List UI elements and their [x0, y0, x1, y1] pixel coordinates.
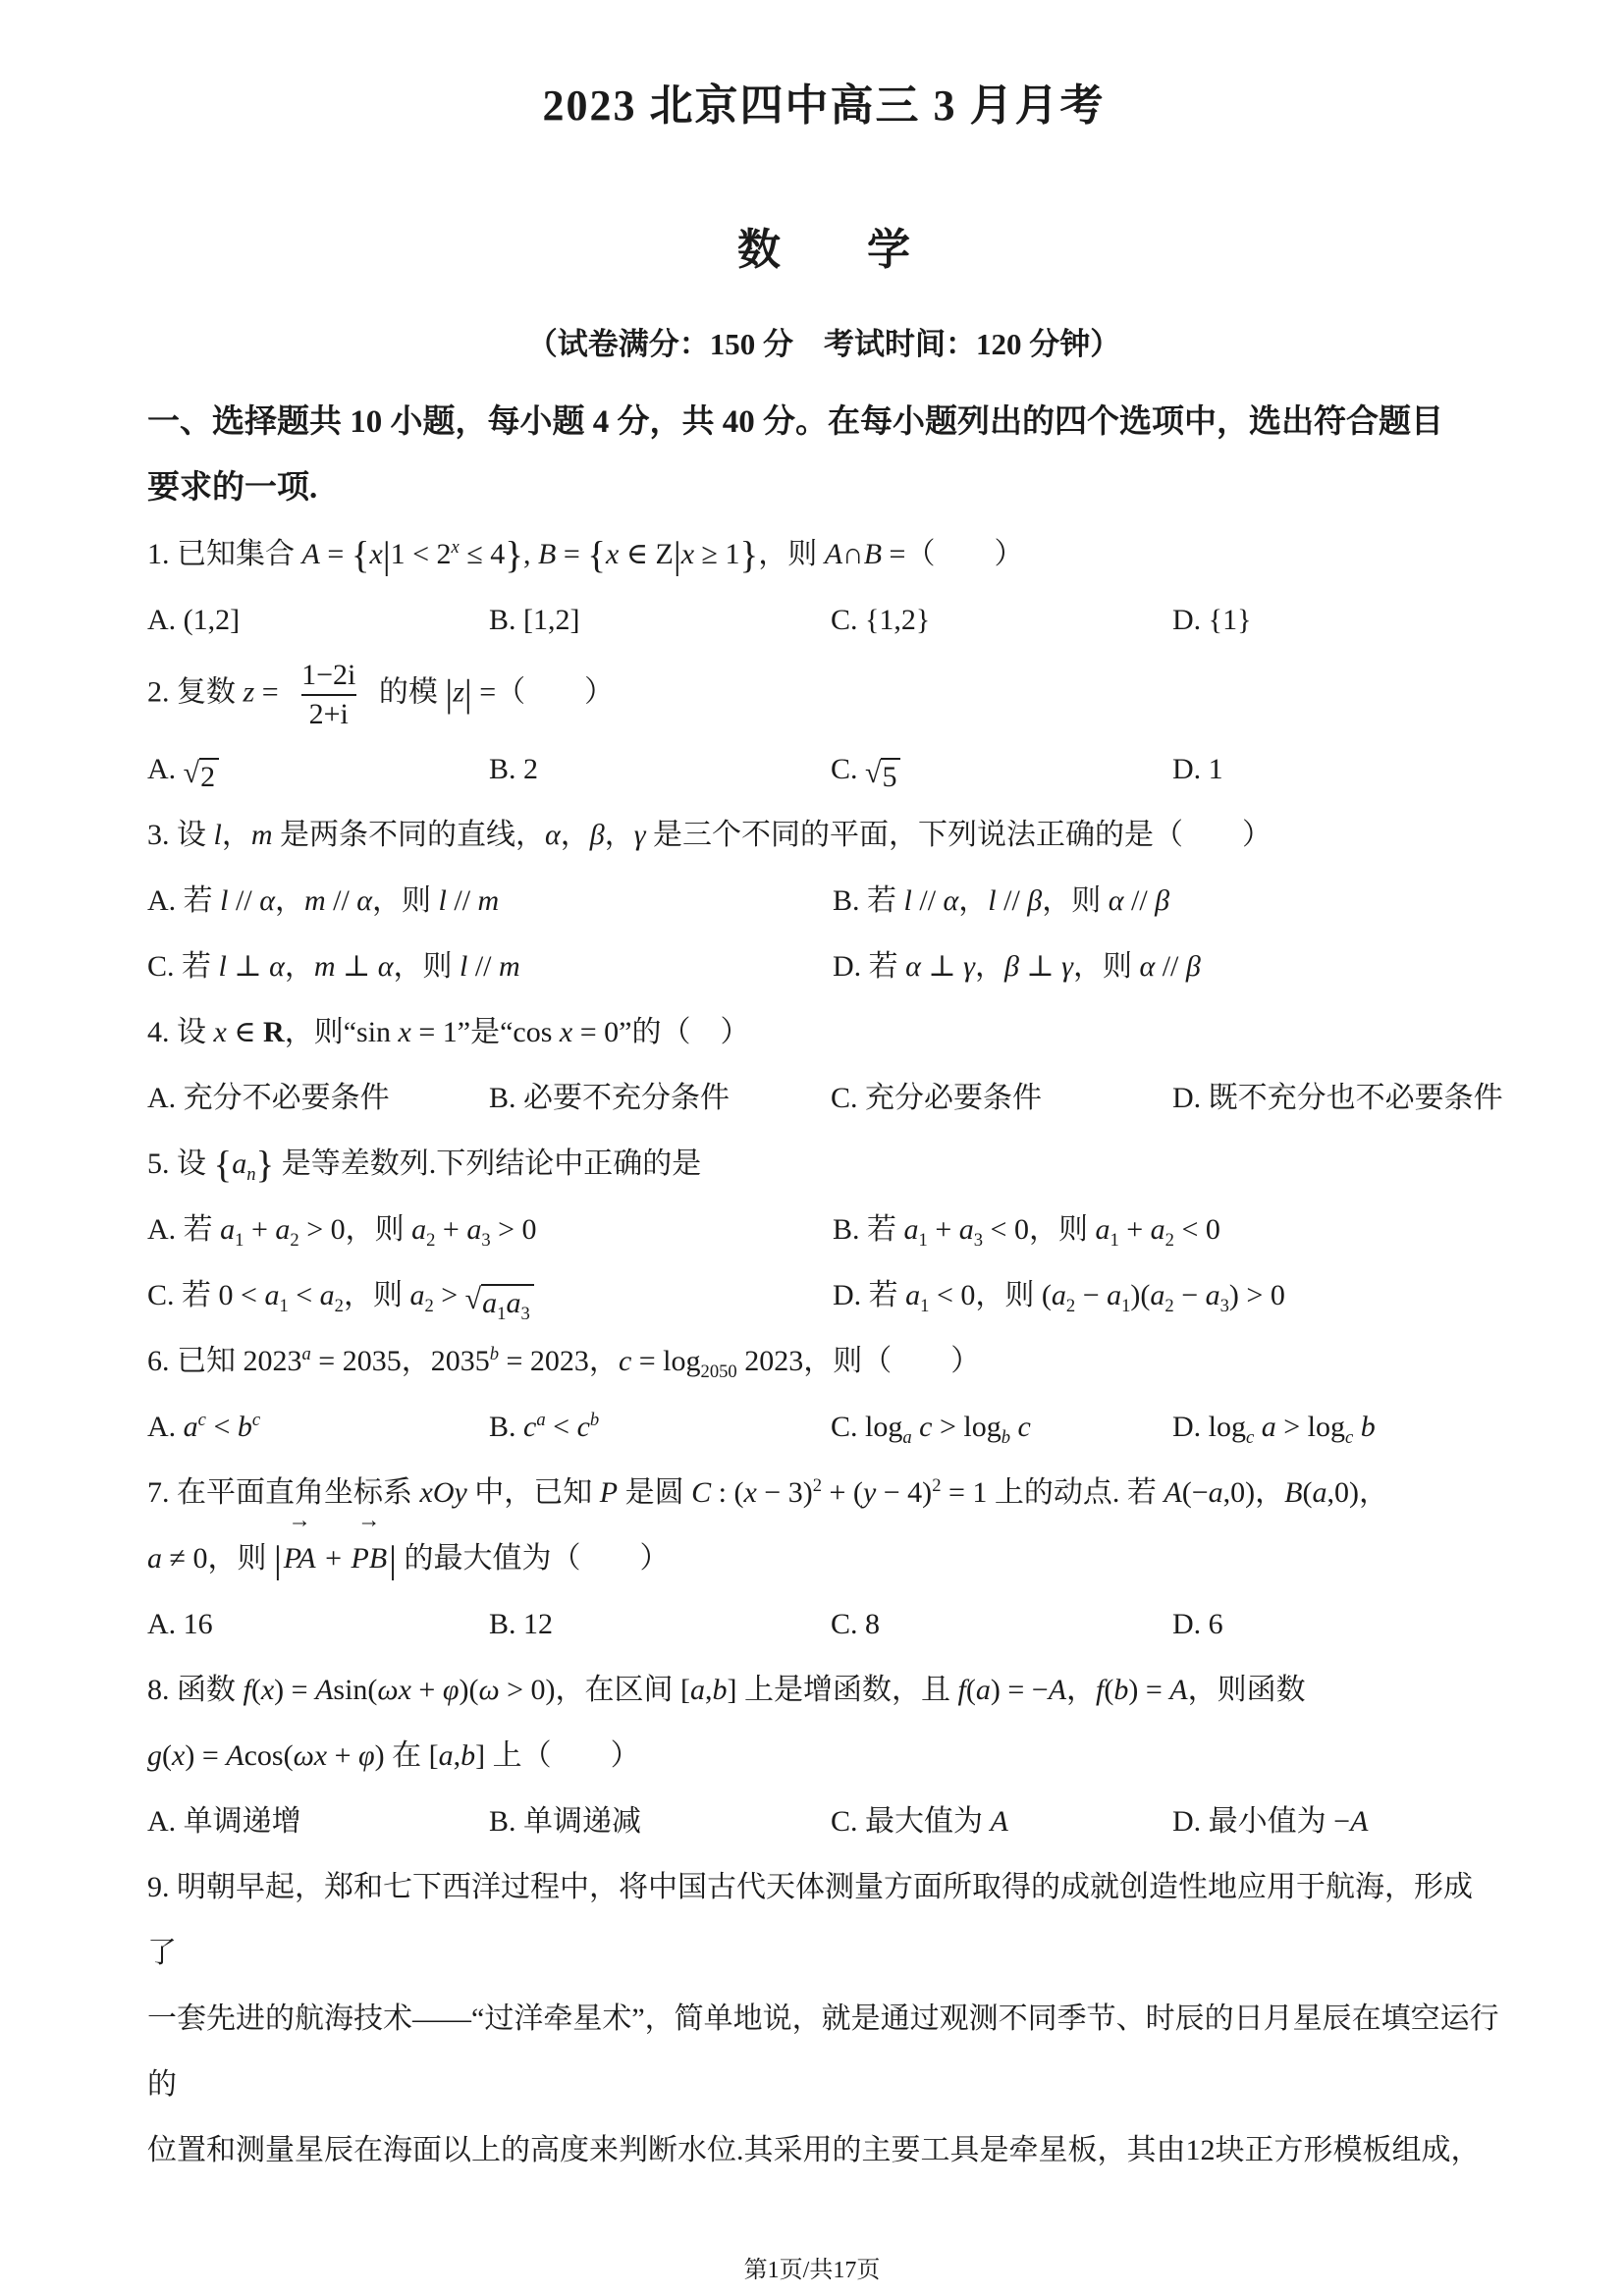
question-6: 6. 已知 2023a = 2035，2035b = 2023，c = log2…: [147, 1328, 1500, 1460]
options-row: C. 若 0 < a1 < a2，则 a2 > √a1a3D. 若 a1 < 0…: [147, 1262, 1500, 1328]
question-stem-line: a ≠ 0，则 |PA + PB| 的最大值为（ ）: [147, 1525, 1500, 1591]
page-number: 第1页/共17页: [0, 2250, 1624, 2284]
option: A. 充分不必要条件: [147, 1065, 489, 1131]
option: C. 若 l ⊥ α，m ⊥ α，则 l // m: [147, 934, 833, 999]
question-stem-line: 9. 明朝早起，郑和七下西洋过程中，将中国古代天体测量方面所取得的成就创造性地应…: [147, 1854, 1500, 1986]
question-stem-line: 6. 已知 2023a = 2035，2035b = 2023，c = log2…: [147, 1328, 1500, 1394]
option: A. √2: [147, 736, 489, 802]
option: B. [1,2]: [489, 587, 831, 653]
options-row: C. 若 l ⊥ α，m ⊥ α，则 l // mD. 若 α ⊥ γ，β ⊥ …: [147, 934, 1500, 999]
option: D. 既不充分也不必要条件: [1172, 1065, 1503, 1131]
question-stem-line: 7. 在平面直角坐标系 xOy 中，已知 P 是圆 C : (x − 3)2 +…: [147, 1460, 1500, 1525]
question-stem-line: 位置和测量星辰在海面以上的高度来判断水位.其采用的主要工具是牵星板，其由12块正…: [147, 2117, 1500, 2183]
option: A. ac < bc: [147, 1394, 489, 1460]
option: D. 6: [1172, 1591, 1223, 1657]
question-9: 9. 明朝早起，郑和七下西洋过程中，将中国古代天体测量方面所取得的成就创造性地应…: [147, 1854, 1500, 2183]
option: D. logc a > logc b: [1172, 1394, 1376, 1460]
option: B. 单调递减: [489, 1789, 831, 1854]
options-row: A. √2B. 2C. √5D. 1: [147, 736, 1500, 802]
options-row: A. 16B. 12C. 8D. 6: [147, 1591, 1500, 1657]
question-5: 5. 设 {an} 是等差数列.下列结论中正确的是A. 若 a1 + a2 > …: [147, 1131, 1500, 1328]
question-stem-line: g(x) = Acos(ωx + φ) 在 [a,b] 上（ ）: [147, 1723, 1500, 1789]
exam-subject: 数 学: [147, 225, 1500, 276]
option: C. 充分必要条件: [831, 1065, 1172, 1131]
options-row: A. ac < bcB. ca < cbC. loga c > logb cD.…: [147, 1394, 1500, 1460]
questions: 1. 已知集合 A = {x|1 < 2x ≤ 4}, B = {x ∈ Z|x…: [147, 521, 1500, 2183]
option: C. loga c > logb c: [831, 1394, 1172, 1460]
option: A. (1,2]: [147, 587, 489, 653]
exam-page: 2023 北京四中高三 3 月月考 数 学 （试卷满分：150 分 考试时间：1…: [0, 0, 1624, 2296]
option: B. 若 l // α，l // β，则 α // β: [833, 868, 1169, 934]
options-row: A. 若 l // α，m // α，则 l // mB. 若 l // α，l…: [147, 868, 1500, 934]
option: D. 最小值为 −A: [1172, 1789, 1368, 1854]
question-stem-line: 一套先进的航海技术——“过洋牵星术”，简单地说，就是通过观测不同季节、时辰的日月…: [147, 1986, 1500, 2117]
option: C. 若 0 < a1 < a2，则 a2 > √a1a3: [147, 1262, 833, 1328]
question-2: 2. 复数 z = 1−2i2+i 的模 |z| =（ ）A. √2B. 2C.…: [147, 653, 1500, 802]
option: C. 8: [831, 1591, 1172, 1657]
option: C. √5: [831, 736, 1172, 802]
question-stem-line: 4. 设 x ∈ R，则“sin x = 1”是“cos x = 0”的（ ）: [147, 999, 1500, 1065]
options-row: A. 充分不必要条件B. 必要不充分条件C. 充分必要条件D. 既不充分也不必要…: [147, 1065, 1500, 1131]
section-header-line: 一、选择题共 10 小题，每小题 4 分，共 40 分。在每小题列出的四个选项中…: [147, 390, 1500, 455]
option: C. {1,2}: [831, 587, 1172, 653]
question-7: 7. 在平面直角坐标系 xOy 中，已知 P 是圆 C : (x − 3)2 +…: [147, 1460, 1500, 1657]
question-stem-line: 3. 设 l，m 是两条不同的直线，α，β，γ 是三个不同的平面，下列说法正确的…: [147, 802, 1500, 868]
question-3: 3. 设 l，m 是两条不同的直线，α，β，γ 是三个不同的平面，下列说法正确的…: [147, 802, 1500, 999]
option: A. 单调递增: [147, 1789, 489, 1854]
section-header: 一、选择题共 10 小题，每小题 4 分，共 40 分。在每小题列出的四个选项中…: [147, 390, 1500, 521]
option: A. 16: [147, 1591, 489, 1657]
question-stem-line: 5. 设 {an} 是等差数列.下列结论中正确的是: [147, 1131, 1500, 1197]
question-stem-line: 8. 函数 f(x) = Asin(ωx + φ)(ω > 0)，在区间 [a,…: [147, 1657, 1500, 1723]
option: A. 若 a1 + a2 > 0，则 a2 + a3 > 0: [147, 1197, 833, 1262]
question-1: 1. 已知集合 A = {x|1 < 2x ≤ 4}, B = {x ∈ Z|x…: [147, 521, 1500, 653]
option: A. 若 l // α，m // α，则 l // m: [147, 868, 833, 934]
section-header-line: 要求的一项.: [147, 455, 1500, 521]
options-row: A. (1,2]B. [1,2]C. {1,2}D. {1}: [147, 587, 1500, 653]
options-row: A. 单调递增B. 单调递减C. 最大值为 AD. 最小值为 −A: [147, 1789, 1500, 1854]
option: D. 若 α ⊥ γ，β ⊥ γ，则 α // β: [833, 934, 1201, 999]
option: B. 2: [489, 736, 831, 802]
option: B. 若 a1 + a3 < 0，则 a1 + a2 < 0: [833, 1197, 1220, 1262]
option: B. 必要不充分条件: [489, 1065, 831, 1131]
question-8: 8. 函数 f(x) = Asin(ωx + φ)(ω > 0)，在区间 [a,…: [147, 1657, 1500, 1854]
option: D. 若 a1 < 0，则 (a2 − a1)(a2 − a3) > 0: [833, 1262, 1285, 1328]
option: D. {1}: [1172, 587, 1251, 653]
options-row: A. 若 a1 + a2 > 0，则 a2 + a3 > 0B. 若 a1 + …: [147, 1197, 1500, 1262]
exam-info: （试卷满分：150 分 考试时间：120 分钟）: [147, 325, 1500, 364]
option: D. 1: [1172, 736, 1223, 802]
page-content: 2023 北京四中高三 3 月月考 数 学 （试卷满分：150 分 考试时间：1…: [147, 61, 1500, 2183]
question-4: 4. 设 x ∈ R，则“sin x = 1”是“cos x = 0”的（ ）A…: [147, 999, 1500, 1131]
option: B. 12: [489, 1591, 831, 1657]
exam-title: 2023 北京四中高三 3 月月考: [147, 80, 1500, 132]
option: C. 最大值为 A: [831, 1789, 1172, 1854]
question-stem-line: 1. 已知集合 A = {x|1 < 2x ≤ 4}, B = {x ∈ Z|x…: [147, 521, 1500, 587]
option: B. ca < cb: [489, 1394, 831, 1460]
question-stem-line: 2. 复数 z = 1−2i2+i 的模 |z| =（ ）: [147, 653, 1500, 736]
